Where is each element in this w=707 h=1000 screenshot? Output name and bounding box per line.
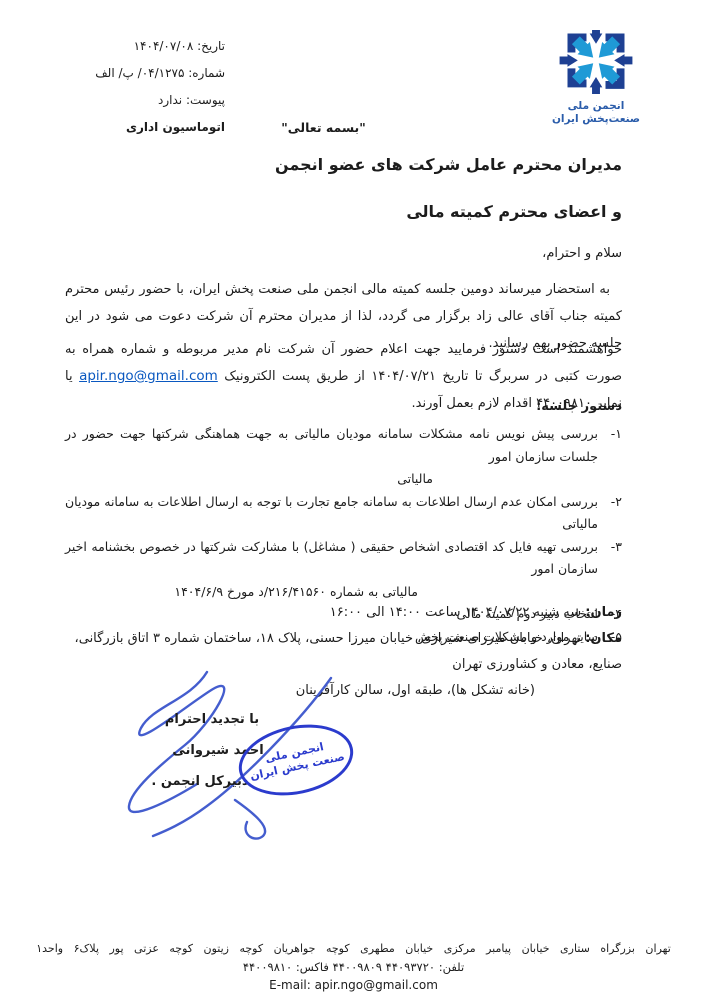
agenda-item-line: بررسی امکان عدم ارسال اطلاعات به سامانه …	[65, 491, 598, 536]
footer-email: E-mail: apir.ngo@gmail.com	[0, 978, 707, 992]
agenda-item-number: ۳-	[598, 536, 622, 604]
email-link[interactable]: apir.ngo@gmail.com	[79, 368, 218, 384]
agenda-title: دستور جلسه:	[65, 399, 622, 414]
agenda-item-2: ۲- بررسی امکان عدم ارسال اطلاعات به ساما…	[65, 491, 622, 536]
letter-attachment: پیوست: ندارد	[57, 87, 225, 114]
time-value: سه شنبه ۱۴۰۴/۰۷/۲۲ ساعت ۱۴:۰۰ الی ۱۶:۰۰	[330, 605, 586, 620]
association-logo: انجمن ملی صنعت‌پخش ایران	[543, 30, 649, 126]
agenda-item-1: ۱- بررسی پیش نویس نامه مشکلات سامانه مود…	[65, 423, 622, 491]
letter-footer: تهران بزرگراه ستاری خیابان پیامبر مرکزی …	[0, 942, 707, 992]
footer-address: تهران بزرگراه ستاری خیابان پیامبر مرکزی …	[0, 942, 707, 955]
letter-date: تاریخ: ۱۴۰۴/۰۷/۰۸	[57, 33, 225, 60]
logo-name-line1: انجمن ملی	[543, 100, 649, 113]
agenda-item-line: مالیاتی	[65, 468, 433, 491]
letter-page: تاریخ: ۱۴۰۴/۰۷/۰۸ شماره: ۰۴/۱۲۷۵/ پ/ الف…	[0, 0, 707, 1000]
recipient-heading-1: مدیران محترم عامل شرکت های عضو انجمن	[65, 155, 622, 174]
time-label: زمان:	[585, 605, 622, 620]
recipient-heading-2: و اعضای محترم کمیته مالی	[65, 202, 622, 221]
agenda-item-line: بررسی تهیه فایل کد اقتصادی اشخاص حقیقی (…	[65, 536, 598, 581]
agenda-item-text: بررسی پیش نویس نامه مشکلات سامانه مودیان…	[65, 423, 598, 491]
signature-respect-line: با تجدید احترام	[157, 712, 267, 727]
agenda-item-number: ۲-	[598, 491, 622, 536]
footer-phones: تلفن: ۴۴۰۹۳۷۲۰ ۴۴۰۰۹۸۰۹ فاکس: ۴۴۰۰۹۸۱۰	[0, 960, 707, 974]
agenda-item-line: بررسی پیش نویس نامه مشکلات سامانه مودیان…	[65, 423, 598, 468]
agenda-item-number: ۱-	[598, 423, 622, 491]
agenda-item-text: بررسی تهیه فایل کد اقتصادی اشخاص حقیقی (…	[65, 536, 598, 604]
besmele-line: "بسمه تعالی"	[45, 120, 602, 135]
time-line: زمان: سه شنبه ۱۴۰۴/۰۷/۲۲ ساعت ۱۴:۰۰ الی …	[65, 600, 622, 626]
agenda-item-text: بررسی امکان عدم ارسال اطلاعات به سامانه …	[65, 491, 598, 536]
agenda-item-3: ۳- بررسی تهیه فایل کد اقتصادی اشخاص حقیق…	[65, 536, 622, 604]
place-label: مکان:	[585, 631, 622, 646]
letter-number: شماره: ۰۴/۱۲۷۵/ پ/ الف	[57, 60, 225, 87]
salutation: سلام و احترام،	[65, 246, 622, 261]
association-logo-icon	[558, 30, 634, 94]
